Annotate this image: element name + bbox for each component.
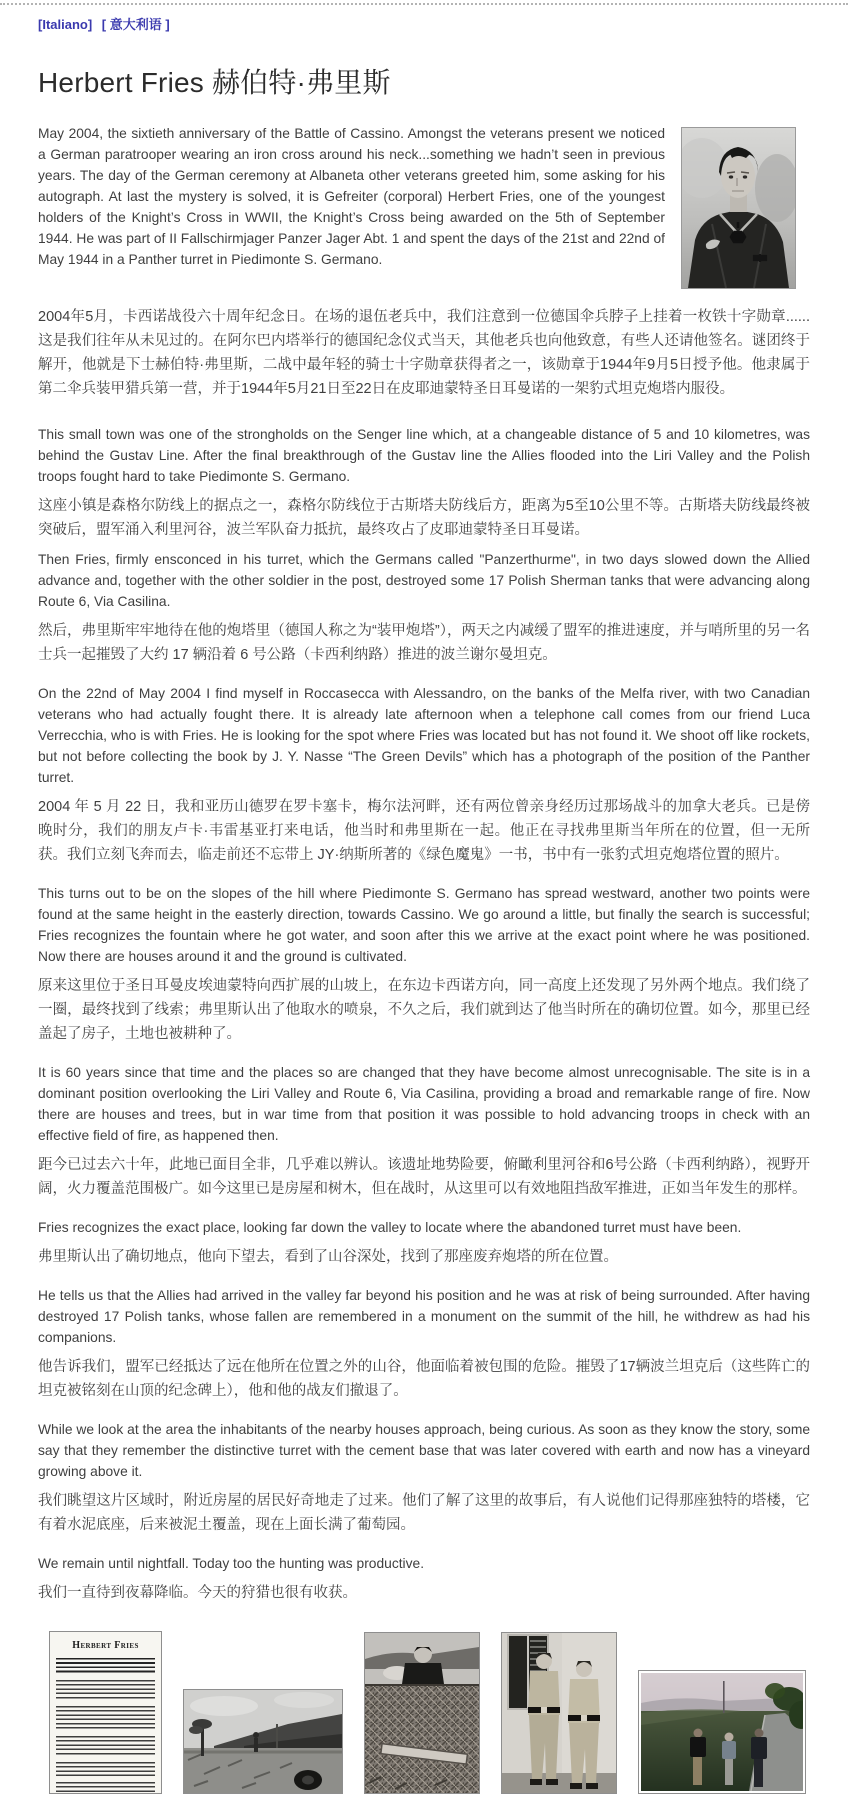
language-link-chinese[interactable]: [ 意大利语 ] [102,17,170,32]
paragraph-zh: 我们一直待到夜幕降临。今天的狩猎也很有收获。 [38,1581,810,1605]
section-sixty-years: It is 60 years since that time and the p… [38,1062,810,1201]
page-title: Herbert Fries 赫伯特·弗里斯 [38,61,810,101]
paragraph-zh: 他告诉我们，盟军已经抵达了远在他所在位置之外的山谷，他面临着被包围的危险。摧毁了… [38,1355,810,1403]
section-nightfall: We remain until nightfall. Today too the… [38,1553,810,1605]
section-search: This turns out to be on the slopes of th… [38,883,810,1046]
paragraph-zh: 这座小镇是森格尔防线上的据点之一，森格尔防线位于古斯塔夫防线后方，距离为5至10… [38,494,810,542]
paragraph-en: On the 22nd of May 2004 I find myself in… [38,683,810,788]
paragraph-zh: 2004年5月，卡西诺战役六十周年纪念日。在场的退伍老兵中，我们注意到一位德国伞… [38,299,810,401]
language-link-italiano[interactable]: [Italiano] [38,17,92,32]
thumbnail-field-photo[interactable] [183,1689,343,1794]
document-title: Herbert Fries [55,1640,156,1651]
article-body: May 2004, the sixtieth anniversary of th… [0,115,848,1794]
section-roccasecca: On the 22nd of May 2004 I find myself in… [38,683,810,867]
photo-gallery: Herbert Fries [49,1631,810,1794]
paragraph-en: He tells us that the Allies had arrived … [38,1285,810,1348]
section-inhabitants: While we look at the area the inhabitant… [38,1419,810,1537]
document-text-lines [56,1680,155,1701]
paragraph-en: Fries recognizes the exact place, lookin… [38,1217,810,1238]
fries-portrait-image [682,128,795,288]
document-text-lines [56,1782,155,1794]
paragraph-zh: 然后，弗里斯牢牢地待在他的炮塔里（德国人称之为“装甲炮塔”），两天之内减缓了盟军… [38,619,810,667]
language-nav: [Italiano] [ 意大利语 ] [0,5,848,33]
two-soldiers-photo-image [502,1633,616,1793]
soldier-turret-photo-image [365,1633,479,1793]
paragraph-zh: 原来这里位于圣日耳曼皮埃迪蒙特向西扩展的山坡上，在东边卡西诺方向，同一高度上还发… [38,974,810,1046]
paragraph-en: It is 60 years since that time and the p… [38,1062,810,1146]
paragraph-en: This small town was one of the stronghol… [38,424,810,487]
thumbnail-veterans-road-photo[interactable] [638,1670,806,1794]
thumbnail-two-soldiers-photo[interactable] [501,1632,617,1794]
field-photo-image [184,1690,342,1793]
paragraph-en: This turns out to be on the slopes of th… [38,883,810,967]
article-page: [Italiano] [ 意大利语 ] Herbert Fries 赫伯特·弗里… [0,3,848,1803]
paragraph-en: We remain until nightfall. Today too the… [38,1553,810,1574]
paragraph-zh: 弗里斯认出了确切地点，他向下望去，看到了山谷深处，找到了那座废弃炮塔的所在位置。 [38,1245,810,1269]
paragraph-en: While we look at the area the inhabitant… [38,1419,810,1482]
section-withdrawal: He tells us that the Allies had arrived … [38,1285,810,1403]
veterans-road-photo-image [641,1673,803,1791]
thumbnail-fries-biography-document[interactable]: Herbert Fries [49,1631,162,1794]
section-exact-place: Fries recognizes the exact place, lookin… [38,1217,810,1269]
paragraph-en: Then Fries, firmly ensconced in his turr… [38,549,810,612]
section-intro: May 2004, the sixtieth anniversary of th… [38,123,810,408]
document-text-lines [56,1736,155,1757]
document-text-lines [56,1658,155,1675]
paragraph-zh: 距今已过去六十年，此地已面目全非，几乎难以辨认。该遗址地势险要，俯瞰利里河谷和6… [38,1153,810,1201]
thumbnail-soldier-turret-photo[interactable] [364,1632,480,1794]
document-text-lines [56,1762,155,1777]
section-senger-line: This small town was one of the stronghol… [38,424,810,667]
fries-portrait-photo [681,127,796,289]
document-text-lines [56,1706,155,1731]
paragraph-zh: 我们眺望这片区域时，附近房屋的居民好奇地走了过来。他们了解了这里的故事后，有人说… [38,1489,810,1537]
paragraph-zh: 2004 年 5 月 22 日，我和亚历山德罗在罗卡塞卡，梅尔法河畔，还有两位曾… [38,795,810,867]
